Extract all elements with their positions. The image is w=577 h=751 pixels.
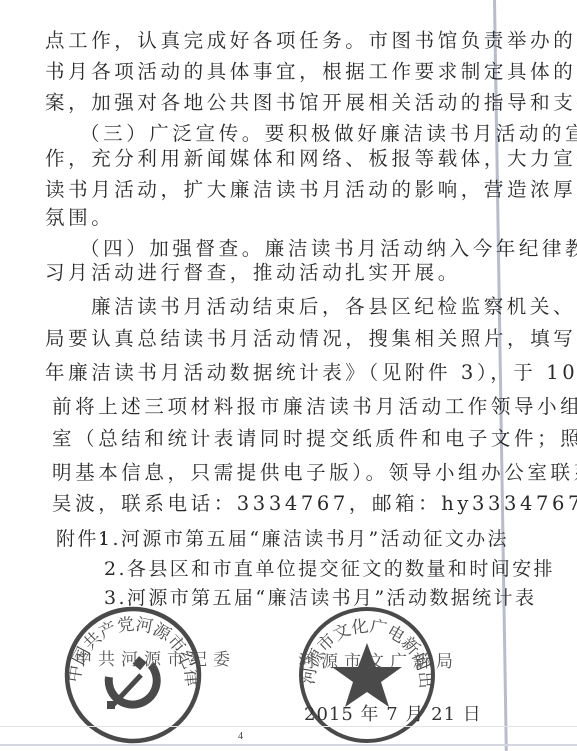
- seal-overlay-text: 中共河源市纪委: [75, 645, 236, 670]
- footer-divider: [0, 726, 577, 727]
- body-line: 局要认真总结读书月活动情况，搜集相关照片，填写《2015: [45, 327, 577, 351]
- body-line: 氛围。: [45, 206, 114, 230]
- body-line: 习月活动进行督查，推动活动扎实开展。: [45, 261, 461, 285]
- page-bottom-edge: [0, 744, 577, 746]
- seal-discipline-commission: 中国共产党河源市纪律检查委员会: [58, 605, 208, 745]
- section-heading-publicity: （三）广泛宣传。要积极做好廉洁读书月活动的宣传工: [80, 122, 577, 146]
- body-line: 案，加强对各地公共图书馆开展相关活动的指导和支持。: [45, 91, 577, 115]
- body-line: 廉洁读书月活动结束后，各县区纪检监察机关、文广新: [91, 295, 577, 319]
- contact-line: 吴波，联系电话：3334767，邮箱：hy3334767@126.com。: [52, 492, 577, 516]
- body-line: 明基本信息，只需提供电子版）。领导小组办公室联系人；: [52, 461, 577, 485]
- signature-date: 2015 年 7 月 21 日: [304, 700, 482, 726]
- attachment-item: 1.河源市第五届“廉洁读书月”活动征文办法: [98, 527, 509, 551]
- body-line: 室（总结和统计表请同时提交纸质件和电子文件；照片请注: [52, 427, 577, 451]
- body-line: 前将上述三项材料报市廉洁读书月活动工作领导小组办公: [52, 395, 577, 419]
- document-page: 点工作，认真完成好各项任务。市图书馆负责举办的廉洁读 书月各项活动的具体事宜，根…: [0, 0, 577, 751]
- body-line: 作，充分利用新闻媒体和网络、板报等载体，大力宣传廉洁: [45, 147, 577, 171]
- body-line: 书月各项活动的具体事宜，根据工作要求制定具体的实施方: [45, 60, 577, 84]
- body-line: 点工作，认真完成好各项任务。市图书馆负责举办的廉洁读: [45, 29, 577, 53]
- seal-overlay-text: 河源市文广新局: [298, 647, 459, 672]
- body-line: 读书月活动，扩大廉洁读书月活动的影响，营造浓厚的读书: [45, 178, 577, 202]
- page-number: 4: [238, 731, 243, 742]
- section-heading-supervision: （四）加强督查。廉洁读书月活动纳入今年纪律教育学: [80, 237, 577, 261]
- body-line: 年廉洁读书月活动数据统计表》（见附件 3），于 10 月 25 日: [45, 361, 577, 385]
- attachment-item: 2.各县区和市直单位提交征文的数量和时间安排: [104, 557, 555, 581]
